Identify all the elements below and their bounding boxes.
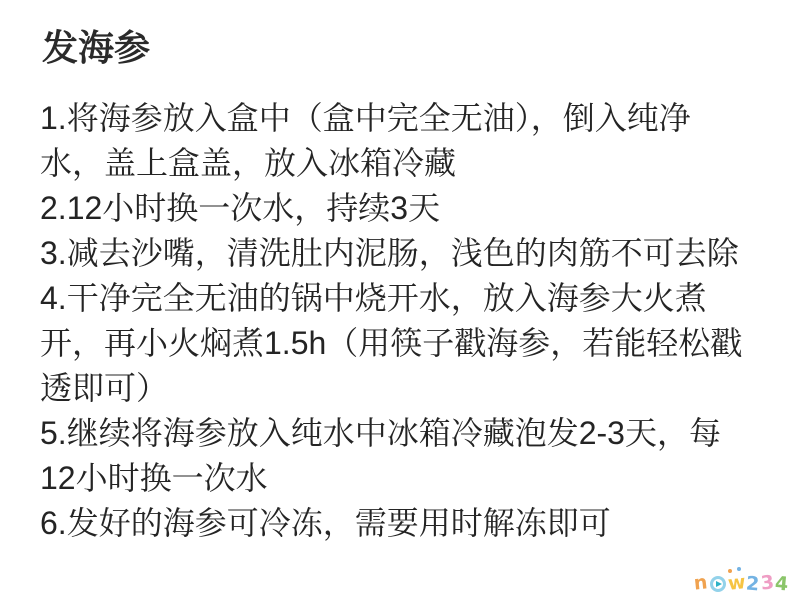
watermark-digit-4: 4 (774, 573, 789, 594)
watermark-letter-n: n (693, 572, 709, 593)
text-line-2: 水，盖上盒盖，放入冰箱冷藏 (40, 141, 780, 186)
text-line-5: 4.干净完全无油的锅中烧开水，放入海参大火煮 (40, 276, 780, 321)
recipe-steps-text: 1.将海参放入盒中（盒中完全无油），倒入纯净 水，盖上盒盖，放入冰箱冷藏 2.1… (40, 96, 780, 546)
text-line-10: 6.发好的海参可冷冻，需要用时解冻即可 (40, 501, 780, 546)
now234-logo-watermark: n w 2 3 4 (694, 574, 788, 594)
watermark-play-circle-icon (710, 576, 726, 592)
text-line-9: 12小时换一次水 (40, 456, 780, 501)
text-line-8: 5.继续将海参放入纯水中冰箱冷藏泡发2-3天，每 (40, 411, 780, 456)
text-line-4: 3.减去沙嘴，清洗肚内泥肠，浅色的肉筋不可去除 (40, 231, 780, 276)
watermark-digit-2: 2 (745, 573, 760, 594)
note-page: 发海参 1.将海参放入盒中（盒中完全无油），倒入纯净 水，盖上盒盖，放入冰箱冷藏… (0, 0, 800, 600)
note-content: 发海参 1.将海参放入盒中（盒中完全无油），倒入纯净 水，盖上盒盖，放入冰箱冷藏… (40, 26, 780, 546)
text-line-3: 2.12小时换一次水，持续3天 (40, 186, 780, 231)
page-title: 发海参 (42, 26, 780, 70)
text-line-6: 开，再小火焖煮1.5h（用筷子戳海参，若能轻松戳 (40, 321, 780, 366)
watermark-digit-3: 3 (759, 572, 774, 593)
text-line-1: 1.将海参放入盒中（盒中完全无油），倒入纯净 (40, 96, 780, 141)
text-line-7: 透即可） (40, 366, 780, 411)
sparkle-dot-icon (737, 567, 741, 571)
watermark-letter-w: w (727, 572, 747, 594)
play-triangle-icon (716, 581, 722, 587)
